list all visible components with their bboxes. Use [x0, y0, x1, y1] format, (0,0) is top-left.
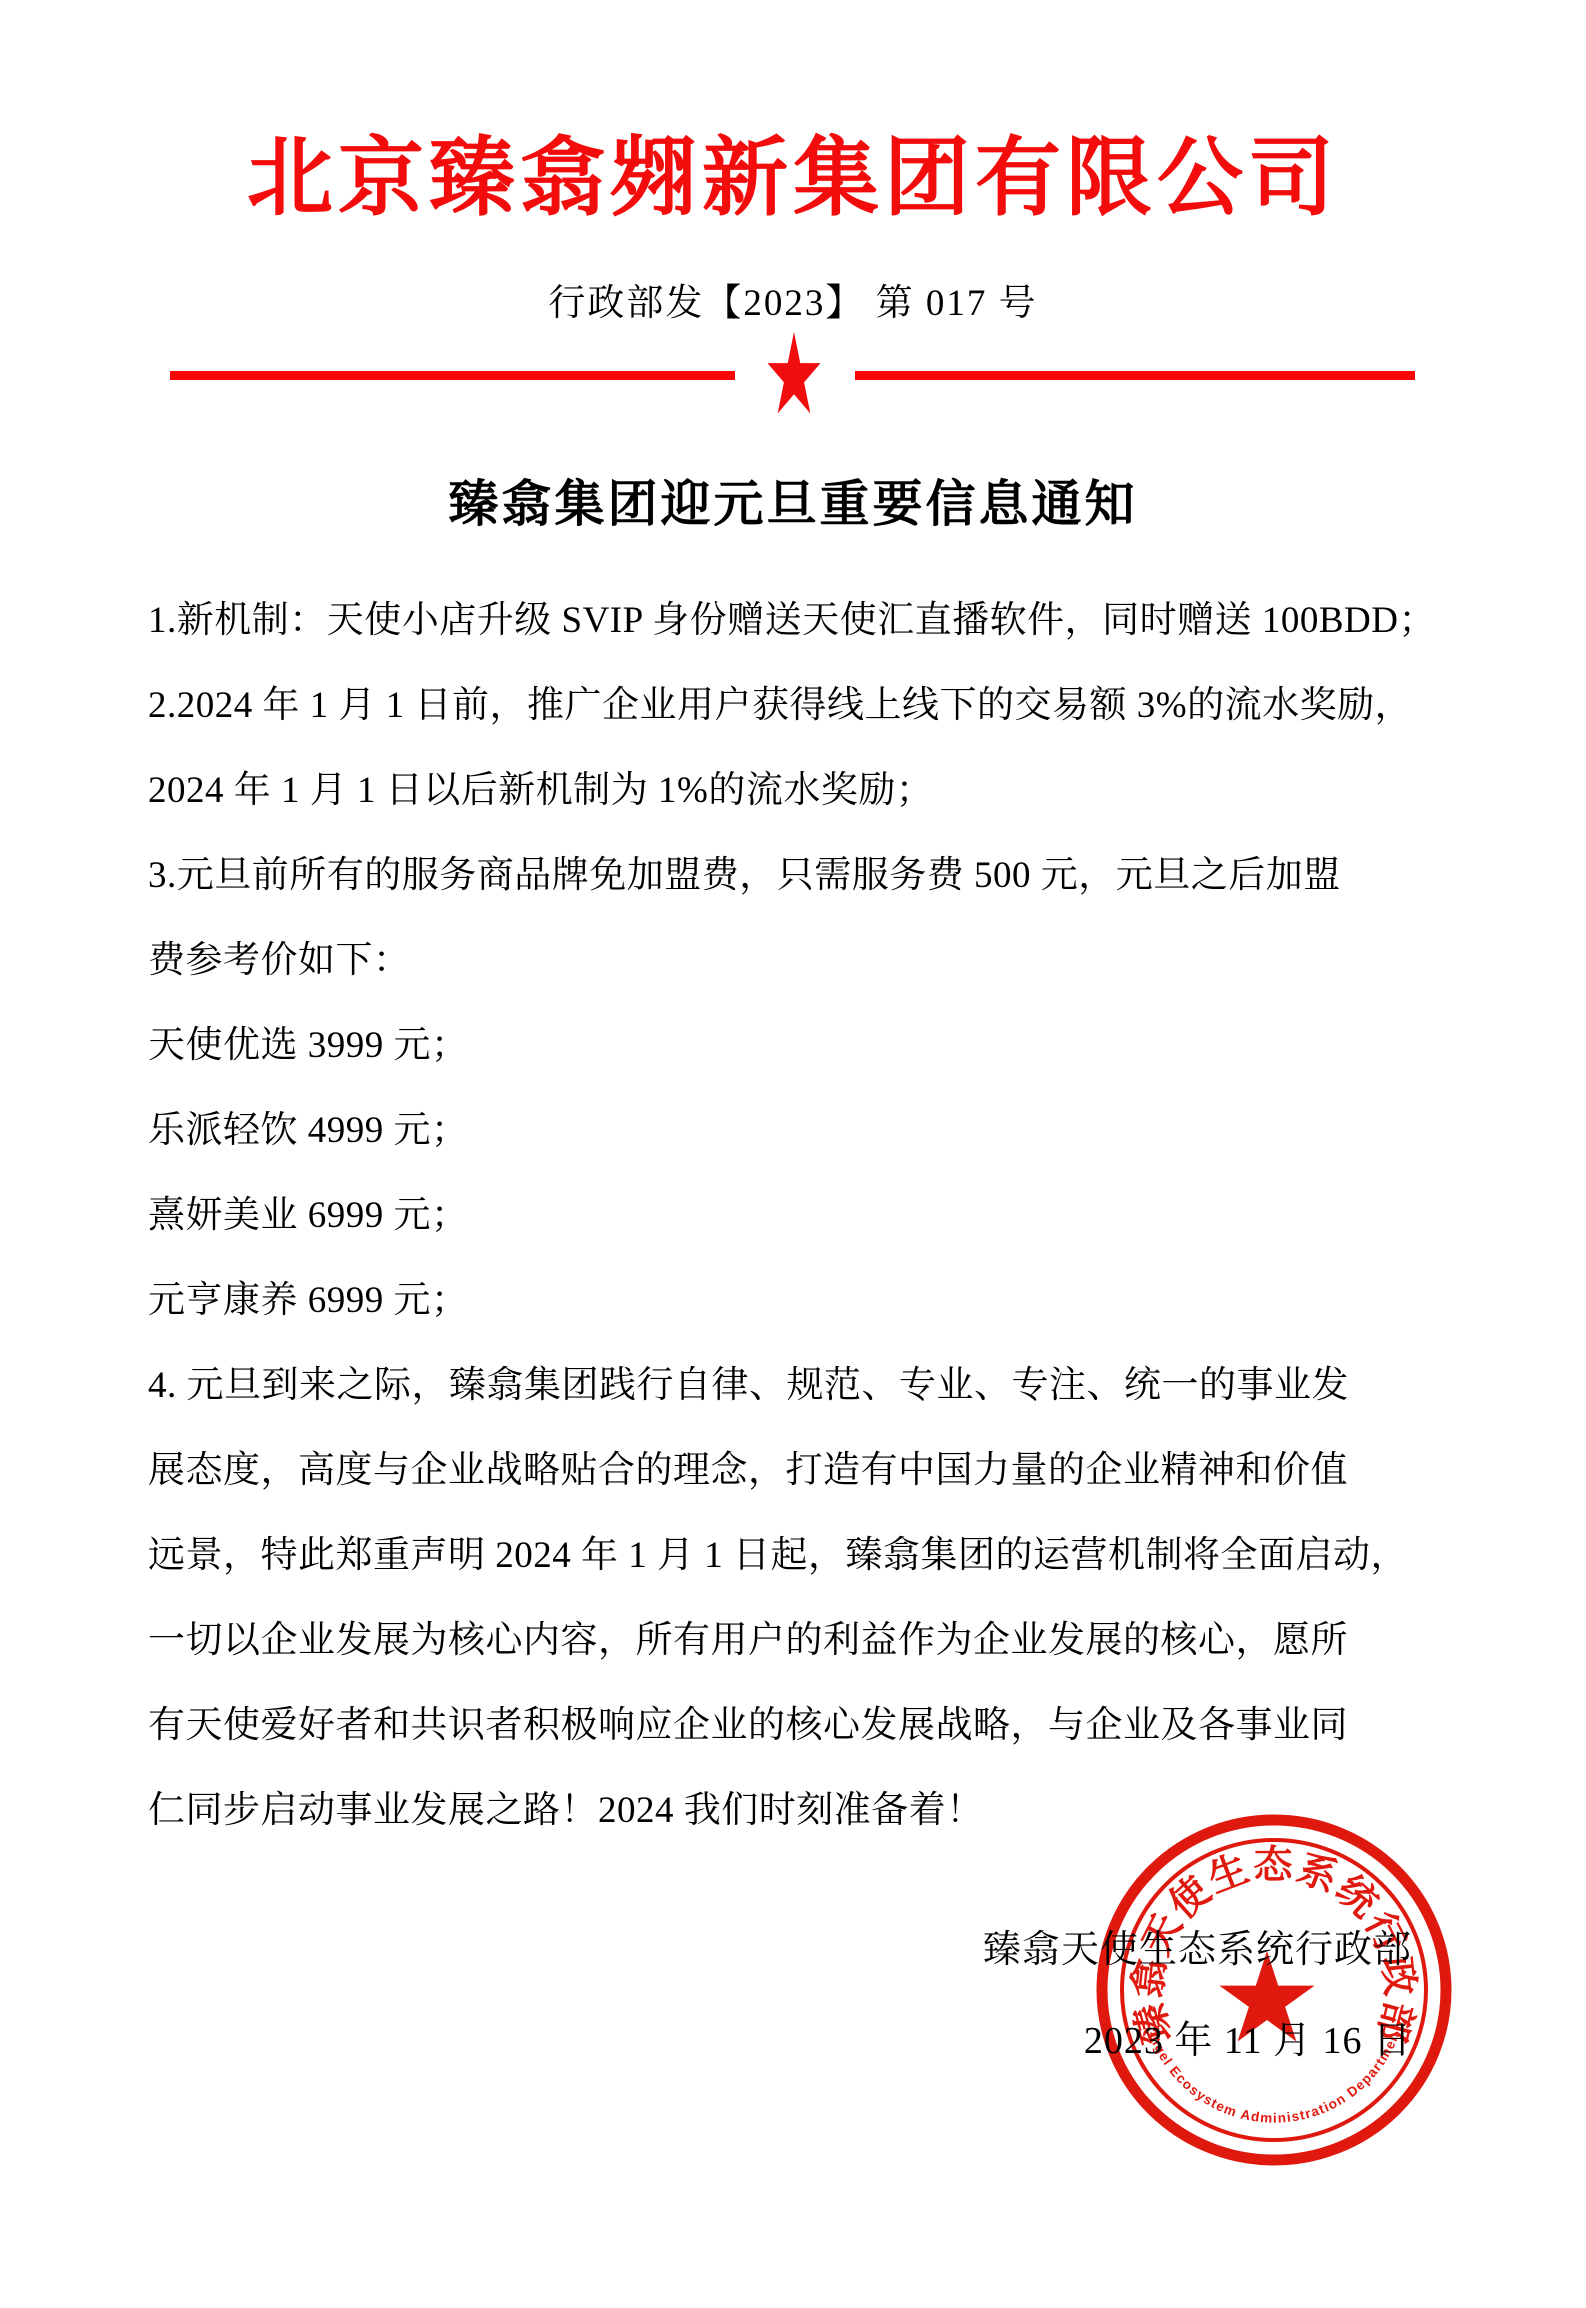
body-line: 费参考价如下：: [148, 918, 1450, 1003]
body-line: 远景，特此郑重声明 2024 年 1 月 1 日起，臻翕集团的运营机制将全面启动…: [148, 1513, 1450, 1598]
body-line: 1.新机制：天使小店升级 SVIP 身份赠送天使汇直播软件，同时赠送 100BD…: [148, 578, 1450, 663]
body-line: 展态度，高度与企业战略贴合的理念，打造有中国力量的企业精神和价值: [148, 1428, 1450, 1513]
notice-body: 1.新机制：天使小店升级 SVIP 身份赠送天使汇直播软件，同时赠送 100BD…: [148, 578, 1450, 1853]
body-line: 一切以企业发展为核心内容，所有用户的利益作为企业发展的核心，愿所: [148, 1598, 1450, 1683]
body-line: 2.2024 年 1 月 1 日前，推广企业用户获得线上线下的交易额 3%的流水…: [148, 663, 1450, 748]
seal-star-icon: [1219, 1951, 1314, 2042]
document-page: 北京臻翕翙新集团有限公司 行政部发【2023】 第 017 号 臻翕集团迎元旦重…: [0, 0, 1586, 2308]
body-line: 元亨康养 6999 元；: [148, 1258, 1450, 1343]
star-icon: [765, 330, 823, 424]
body-line: 4. 元旦到来之际，臻翕集团践行自律、规范、专业、专注、统一的事业发: [148, 1343, 1450, 1428]
divider-line-right: [855, 371, 1415, 380]
notice-title: 臻翕集团迎元旦重要信息通知: [0, 472, 1586, 536]
body-line: 3.元旦前所有的服务商品牌免加盟费，只需服务费 500 元，元旦之后加盟: [148, 833, 1450, 918]
body-line: 熹妍美业 6999 元；: [148, 1173, 1450, 1258]
body-line: 2024 年 1 月 1 日以后新机制为 1%的流水奖励；: [148, 748, 1450, 833]
official-seal: 臻翕天使生态系统行政部 Angel Ecosystem Administrati…: [1089, 1805, 1459, 2175]
body-line: 天使优选 3999 元；: [148, 1003, 1450, 1088]
document-number: 行政部发【2023】 第 017 号: [0, 280, 1586, 328]
company-title: 北京臻翕翙新集团有限公司: [0, 128, 1586, 228]
divider-line-left: [170, 371, 735, 380]
body-line: 乐派轻饮 4999 元；: [148, 1088, 1450, 1173]
body-line: 有天使爱好者和共识者积极响应企业的核心发展战略，与企业及各事业同: [148, 1683, 1450, 1768]
